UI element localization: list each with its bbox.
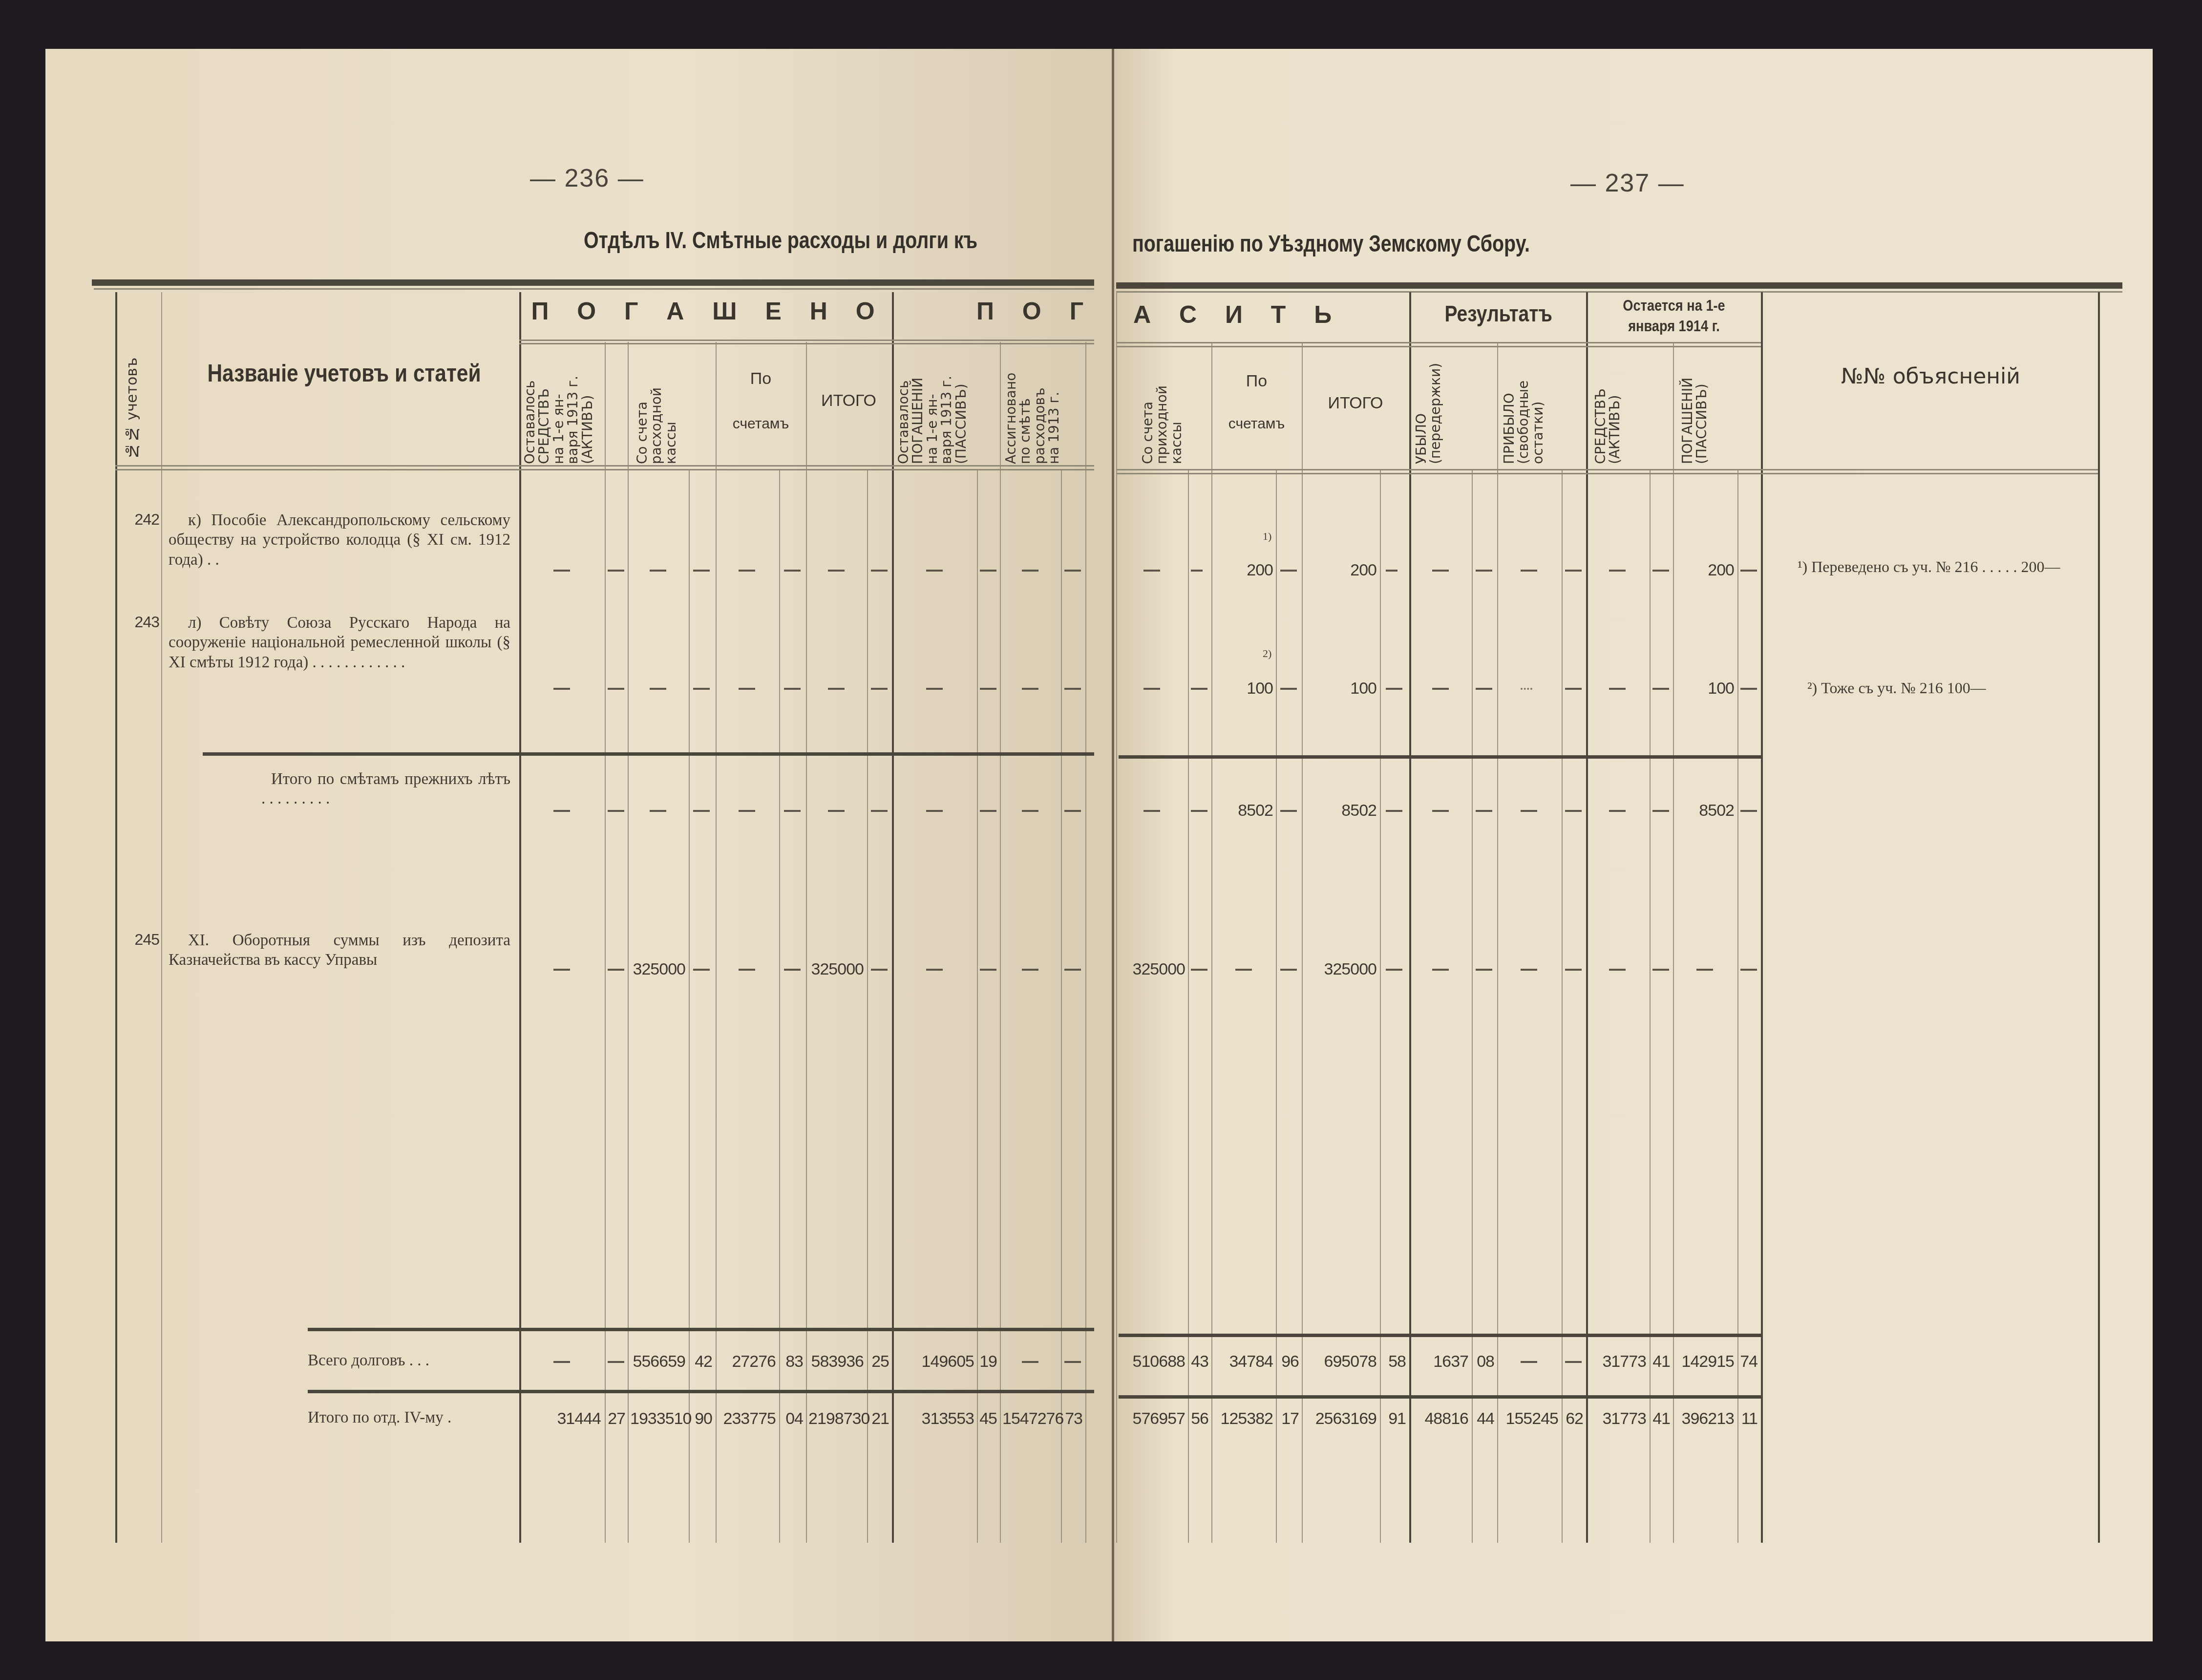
total-1-right-col-6: 48816 xyxy=(1413,1409,1468,1428)
row-0-left-col-5 xyxy=(784,570,801,572)
total-0-right-col-12: 142915 xyxy=(1675,1352,1734,1371)
right-page-number: — 237 — xyxy=(1570,169,1685,198)
row-2-left-col-1 xyxy=(608,810,624,812)
row-0-left-col-7 xyxy=(871,570,888,572)
row-3-left-col-4 xyxy=(739,969,755,971)
total-1-left-col-4: 233775 xyxy=(718,1409,776,1428)
row-0-left-col-4 xyxy=(739,570,755,572)
row-2-right-col-4: 8502 xyxy=(1304,801,1376,820)
row-2-left-col-0 xyxy=(553,810,570,812)
header-explanations: №№ объясненій xyxy=(1763,364,2098,389)
row-3-left-col-9 xyxy=(980,969,996,971)
row-0-right-col-1 xyxy=(1191,570,1203,572)
row-3-right-col-7 xyxy=(1476,969,1492,971)
top-rule-right xyxy=(1116,282,2122,289)
row-1-right-col-3 xyxy=(1280,688,1297,690)
row-3-right-col-0: 325000 xyxy=(1119,960,1185,979)
row-2-left-col-2 xyxy=(650,810,666,812)
row-0-right-col-10 xyxy=(1609,570,1626,572)
row-3-right-col-3 xyxy=(1280,969,1297,971)
row-3-right-col-9 xyxy=(1565,969,1582,971)
row-0-right-col-6 xyxy=(1432,570,1449,572)
row-1-right-col-12: 100 xyxy=(1675,679,1734,698)
total-all-debts-label: Всего долговъ . . . xyxy=(308,1351,513,1370)
total-1-right-col-3: 17 xyxy=(1278,1409,1299,1428)
top-rule-right-thin xyxy=(1116,291,2122,293)
total-0-right-col-8 xyxy=(1521,1361,1537,1363)
row-2-right-col-10 xyxy=(1609,810,1626,812)
row-0-right-col-2: 200 xyxy=(1214,561,1273,580)
total-1-right-col-12: 396213 xyxy=(1675,1409,1734,1428)
row-1-right-col-2: 100 xyxy=(1214,679,1273,698)
explanation-note-1: ¹) Переведено съ уч. № 216 . . . . . 200… xyxy=(1778,557,2081,576)
total-0-right-col-6: 1637 xyxy=(1413,1352,1468,1371)
header-group-result: Результатъ xyxy=(1412,300,1585,327)
row-1-right-col-9 xyxy=(1565,688,1582,690)
total-1-left-col-3: 90 xyxy=(691,1409,712,1428)
book-spine xyxy=(1112,49,1114,1641)
total-1-right-col-11: 41 xyxy=(1651,1409,1670,1428)
row-2-left-col-4 xyxy=(739,810,755,812)
row-1-right-col-11 xyxy=(1652,688,1669,690)
total-1-right-col-5: 91 xyxy=(1382,1409,1406,1428)
row-3-right-col-12 xyxy=(1696,969,1713,971)
row-242-label: к) Пособіе Александропольскому сельскому… xyxy=(169,510,510,570)
total-1-left-col-5: 04 xyxy=(781,1409,803,1428)
row-1-right-col-5 xyxy=(1386,688,1402,690)
row-0-right-col-12: 200 xyxy=(1675,561,1734,580)
row-2-left-col-9 xyxy=(980,810,996,812)
header-to-pay-remaining-payments: Оставалось ПОГАШЕНІЙ на 1-е ян- варя 191… xyxy=(896,344,974,464)
header-to-pay-by-accounts-top: По xyxy=(1214,371,1299,391)
row-0-left-col-1 xyxy=(608,570,624,572)
left-page-number: — 236 — xyxy=(530,164,644,193)
footnote-mark-2: 2) xyxy=(1263,647,1271,660)
total-0-right-col-9 xyxy=(1565,1361,1582,1363)
total-section-iv-label: Итого по отд. IV-му . xyxy=(308,1408,513,1427)
total-0-left-col-6: 583936 xyxy=(808,1352,864,1371)
row-0-right-col-11 xyxy=(1652,570,1669,572)
header-to-pay-assigned: Ассигновано по смѣтѣ расходовъ на 1913 г… xyxy=(1004,344,1082,464)
row-1-left-col-8 xyxy=(926,688,943,690)
row-3-right-col-1 xyxy=(1191,969,1207,971)
total-1-left-col-11: 73 xyxy=(1063,1409,1082,1428)
total-0-right-col-3: 96 xyxy=(1278,1352,1299,1371)
total-1-right-col-7: 44 xyxy=(1474,1409,1494,1428)
row-2-right-col-3 xyxy=(1280,810,1297,812)
row-1-right-col-10 xyxy=(1609,688,1626,690)
section-title-left: Отдѣлъ IV. Смѣтные расходы и долги къ xyxy=(584,227,977,254)
row-3-right-col-2 xyxy=(1235,969,1252,971)
row-1-right-col-6 xyxy=(1432,688,1449,690)
header-group-to-pay-left: П О Г xyxy=(899,297,1094,325)
row-0-right-col-9 xyxy=(1565,570,1582,572)
total-0-right-col-7: 08 xyxy=(1474,1352,1494,1371)
row-1-right-col-1 xyxy=(1191,688,1207,690)
row-0-right-col-5 xyxy=(1386,570,1397,572)
row-0-left-col-6 xyxy=(828,570,845,572)
total-0-left-col-2: 556659 xyxy=(630,1352,685,1371)
total-0-right-col-2: 34784 xyxy=(1214,1352,1273,1371)
total-0-left-col-8: 149605 xyxy=(895,1352,974,1371)
row-1-right-col-4: 100 xyxy=(1304,679,1376,698)
total-0-right-col-10: 31773 xyxy=(1588,1352,1646,1371)
row-0-right-col-8 xyxy=(1521,570,1537,572)
header-remaining-payments: ПОГАШЕНІЙ (ПАССИВЪ) xyxy=(1680,349,1734,464)
total-0-left-col-5: 83 xyxy=(781,1352,803,1371)
total-1-right-col-2: 125382 xyxy=(1214,1409,1273,1428)
row-2-right-col-9 xyxy=(1565,810,1582,812)
total-1-left-col-9: 45 xyxy=(979,1409,997,1428)
total-0-right-col-13: 74 xyxy=(1739,1352,1757,1371)
row-3-right-col-10 xyxy=(1609,969,1626,971)
row-3-left-col-7 xyxy=(871,969,888,971)
row-2-left-col-6 xyxy=(828,810,845,812)
total-1-right-col-10: 31773 xyxy=(1588,1409,1646,1428)
row-242-number: 242 xyxy=(121,510,159,529)
row-3-right-col-11 xyxy=(1652,969,1669,971)
header-to-pay-by-accounts-bottom: счетамъ xyxy=(1214,415,1299,433)
total-0-left-col-10 xyxy=(1022,1361,1038,1363)
row-2-left-col-11 xyxy=(1064,810,1081,812)
total-1-left-col-1: 27 xyxy=(607,1409,625,1428)
row-243-label: л) Совѣту Союза Русскаго Народа на соору… xyxy=(169,613,510,672)
total-0-left-col-3: 42 xyxy=(691,1352,712,1371)
total-1-left-col-6: 2198730 xyxy=(808,1409,864,1428)
row-3-left-col-6: 325000 xyxy=(808,960,864,979)
row-1-left-col-7 xyxy=(871,688,888,690)
section-title-right: погашенію по Уѣздному Земскому Сбору. xyxy=(1132,231,1530,257)
row-3-right-col-4: 325000 xyxy=(1304,960,1376,979)
total-1-right-col-1: 56 xyxy=(1190,1409,1208,1428)
row-1-right-col-0 xyxy=(1143,688,1160,690)
header-group-remaining: Остается на 1-е января 1914 г. xyxy=(1588,296,1759,336)
header-paid-from-expense-cash: Со счета расходной кассы xyxy=(635,344,689,464)
row-2-left-col-8 xyxy=(926,810,943,812)
row-1-left-col-10 xyxy=(1022,688,1038,690)
total-0-left-col-7: 25 xyxy=(869,1352,889,1371)
top-rule-left xyxy=(92,279,1094,286)
header-group-to-pay-right: А С И Т Ь xyxy=(1133,300,1329,329)
row-1-right-col-13 xyxy=(1740,688,1757,690)
total-0-left-col-11 xyxy=(1064,1361,1081,1363)
total-0-right-col-4: 695078 xyxy=(1304,1352,1376,1371)
row-1-left-col-11 xyxy=(1064,688,1081,690)
row-2-right-col-2: 8502 xyxy=(1214,801,1273,820)
row-2-right-col-13 xyxy=(1740,810,1757,812)
total-0-right-col-0: 510688 xyxy=(1119,1352,1185,1371)
total-1-right-col-9: 62 xyxy=(1564,1409,1583,1428)
row-2-right-col-12: 8502 xyxy=(1675,801,1734,820)
header-to-pay-total: ИТОГО xyxy=(1304,393,1407,413)
row-3-right-col-5 xyxy=(1386,969,1402,971)
total-1-left-col-7: 21 xyxy=(869,1409,889,1428)
header-result-decreased: УБЫЛО (передержки) xyxy=(1414,349,1468,464)
row-2-right-col-1 xyxy=(1191,810,1207,812)
row-3-left-col-2: 325000 xyxy=(630,960,685,979)
row-2-right-col-11 xyxy=(1652,810,1669,812)
row-0-right-col-4: 200 xyxy=(1304,561,1376,580)
row-2-left-col-3 xyxy=(693,810,710,812)
row-243-number: 243 xyxy=(121,613,159,631)
total-0-left-col-4: 27276 xyxy=(718,1352,776,1371)
row-0-left-col-0 xyxy=(553,570,570,572)
header-paid-total: ИТОГО xyxy=(808,391,889,411)
top-rule-left-thin xyxy=(94,288,1094,290)
row-0-left-col-8 xyxy=(926,570,943,572)
row-2-right-col-0 xyxy=(1143,810,1160,812)
total-1-right-col-13: 11 xyxy=(1739,1409,1757,1428)
row-0-right-col-7 xyxy=(1476,570,1492,572)
total-1-right-col-8: 155245 xyxy=(1500,1409,1558,1428)
row-3-left-col-1 xyxy=(608,969,624,971)
row-3-left-col-0 xyxy=(553,969,570,971)
total-1-left-col-0: 31444 xyxy=(523,1409,601,1428)
row-3-left-col-11 xyxy=(1064,969,1081,971)
row-2-right-col-6 xyxy=(1432,810,1449,812)
row-3-left-col-8 xyxy=(926,969,943,971)
row-prior-years-total-label: Итого по смѣтамъ прежнихъ лѣтъ . . . . .… xyxy=(261,769,510,809)
total-0-left-col-9: 19 xyxy=(979,1352,997,1371)
row-245-label: XI. Оборотныя суммы изъ депозита Казначе… xyxy=(169,931,510,970)
row-0-left-col-11 xyxy=(1064,570,1081,572)
header-account-no: №№ учетовъ xyxy=(125,332,154,459)
row-3-right-col-13 xyxy=(1740,969,1757,971)
total-0-left-col-0 xyxy=(553,1361,570,1363)
row-3-left-col-10 xyxy=(1022,969,1038,971)
row-3-left-col-5 xyxy=(784,969,801,971)
row-0-left-col-9 xyxy=(980,570,996,572)
row-245-number: 245 xyxy=(121,931,159,949)
row-0-right-col-0 xyxy=(1143,570,1160,572)
header-paid-remaining-funds: Оставалось СРЕДСТВЪ на 1-е ян- варя 1913… xyxy=(523,344,601,464)
header-group-paid: П О Г А Ш Е Н О xyxy=(523,297,894,325)
header-paid-by-accounts-top: По xyxy=(718,369,804,389)
row-1-left-col-6 xyxy=(828,688,845,690)
row-2-left-col-5 xyxy=(784,810,801,812)
row-3-right-col-6 xyxy=(1432,969,1449,971)
header-name: Названіе учетовъ и статей xyxy=(173,359,515,387)
total-0-right-col-11: 41 xyxy=(1651,1352,1670,1371)
explanation-note-2: ²) Тоже съ уч. № 216 100— xyxy=(1807,679,1986,697)
total-1-right-col-4: 2563169 xyxy=(1304,1409,1376,1428)
header-to-pay-from-income-cash: Со счета приходной кассы xyxy=(1141,349,1209,464)
row-0-left-col-2 xyxy=(650,570,666,572)
total-0-left-col-1 xyxy=(608,1361,624,1363)
header-remaining-funds: СРЕДСТВЪ (АКТИВЪ) xyxy=(1593,349,1642,464)
row-2-left-col-10 xyxy=(1022,810,1038,812)
row-2-right-col-8 xyxy=(1521,810,1537,812)
row-1-right-col-8 xyxy=(1521,688,1532,692)
total-0-right-col-1: 43 xyxy=(1190,1352,1208,1371)
total-0-right-col-5: 58 xyxy=(1382,1352,1406,1371)
row-1-left-col-9 xyxy=(980,688,996,690)
row-0-left-col-3 xyxy=(693,570,710,572)
row-1-left-col-4 xyxy=(739,688,755,690)
header-result-increased: ПРИБЫЛО (свободные остатки) xyxy=(1502,349,1561,464)
row-0-right-col-13 xyxy=(1740,570,1757,572)
row-2-right-col-5 xyxy=(1386,810,1402,812)
row-0-left-col-10 xyxy=(1022,570,1038,572)
row-2-right-col-7 xyxy=(1476,810,1492,812)
row-1-right-col-7 xyxy=(1476,688,1492,690)
row-1-left-col-5 xyxy=(784,688,801,690)
row-3-right-col-8 xyxy=(1521,969,1537,971)
row-1-left-col-0 xyxy=(553,688,570,690)
total-1-left-col-2: 1933510 xyxy=(630,1409,685,1428)
total-1-left-col-10: 1547276 xyxy=(1002,1409,1058,1428)
left-page xyxy=(45,49,1113,1641)
row-3-left-col-3 xyxy=(693,969,710,971)
row-1-left-col-2 xyxy=(650,688,666,690)
total-1-left-col-8: 313553 xyxy=(895,1409,974,1428)
header-paid-by-accounts-bottom: счетамъ xyxy=(718,415,804,433)
row-0-right-col-3 xyxy=(1280,570,1297,572)
row-1-left-col-1 xyxy=(608,688,624,690)
total-1-right-col-0: 576957 xyxy=(1119,1409,1185,1428)
row-1-left-col-3 xyxy=(693,688,710,690)
footnote-mark-1: 1) xyxy=(1263,530,1271,543)
row-2-left-col-7 xyxy=(871,810,888,812)
